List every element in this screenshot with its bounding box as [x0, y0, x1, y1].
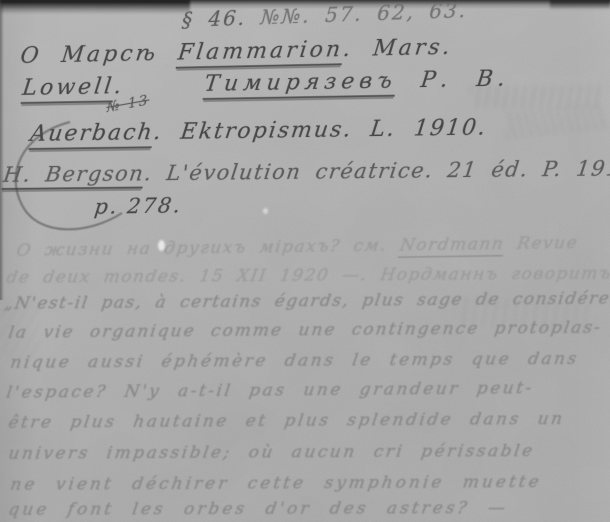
note-line-9: ne vient déchirer cette symphonie muette [9, 472, 543, 495]
entry-auerbach-author: Auerbach [28, 120, 155, 150]
scan-edge-left [0, 0, 4, 300]
entry-lowell: Lowell. [21, 74, 126, 101]
note-line-1-author: Nordmann [398, 234, 505, 258]
entry-mars-author: Flammarion [176, 37, 345, 69]
scan-edge-top-right [550, 0, 610, 10]
note-line-2: de deux mondes. 15 XII 1920 —. Нордманнъ… [5, 264, 610, 288]
note-line-4: la vie organique comme une contingence p… [7, 318, 603, 343]
entry-bergson-author: H. Bergson [1, 162, 145, 191]
entry-name: Тимирязевъ Р. В. [203, 67, 511, 97]
entry-auerbach-title: . Ektropismus. L. 1910. [152, 116, 488, 146]
note-line-3: „N'est-il pas, à certains égards, plus s… [3, 289, 610, 314]
entry-auerbach: Auerbach. Ektropismus. L. 1910. [29, 116, 489, 147]
entry-mars-prefix: О Марсѣ [19, 41, 179, 69]
note-line-1-suffix: Revue [503, 233, 580, 254]
entry-bergson: H. Bergson. L'évolution créatrice. 21 éd… [2, 156, 610, 187]
note-line-5-text: nique aussi éphémère dans le temps que d… [9, 349, 580, 373]
catalog-numbers: №№. 57. 62, 63. [260, 0, 468, 29]
entry-mars-title: . Mars. [342, 35, 454, 62]
note-line-1: О жизни на другихъ мірахъ? см. Nordmann … [15, 233, 579, 261]
entry-lowell-author: Lowell [21, 74, 116, 104]
note-line-1-prefix: О жизни на другихъ мірахъ? см. [15, 236, 401, 261]
note-line-2-text: de deux mondes. 15 XII 1920 —. Нордманнъ… [5, 264, 610, 288]
section-number: § 46. [181, 6, 247, 32]
note-line-3-text: „N'est-il pas, à certains égards, plus s… [3, 289, 610, 314]
note-line-10: que font les orbes d'or des astres? — [7, 498, 510, 520]
note-line-6-text: l'espace? N'y a-t-il pas une grandeur pe… [5, 378, 535, 403]
entry-name-author: Тимирязевъ [203, 69, 399, 100]
note-line-6: l'espace? N'y a-t-il pas une grandeur pe… [5, 378, 535, 403]
entry-lowell-period: . [113, 74, 126, 99]
paper-speck [263, 208, 268, 214]
note-line-7: être plus hautaine et plus splendide dan… [7, 409, 566, 433]
entry-name-initials: Р. В. [395, 67, 511, 94]
note-line-8-text: univers impassible; où aucun cri périssa… [7, 441, 536, 464]
entry-mars: О Марсѣ Flammarion. Mars. [19, 35, 454, 69]
note-line-5: nique aussi éphémère dans le temps que d… [9, 349, 580, 373]
entry-bergson-title: . L'évolution créatrice. 21 éd. P. 1918. [143, 156, 610, 185]
scanned-notebook-page: § 46. №№. 57. 62, 63. О Марсѣ Flammarion… [0, 0, 610, 522]
entry-bergson-page: p. 278. [93, 193, 184, 219]
bleed-through-mark [504, 103, 606, 139]
scan-edge-top-left [0, 0, 190, 14]
note-line-10-text: que font les orbes d'or des astres? — [7, 498, 510, 520]
entry-bergson-page-text: p. 278. [93, 193, 184, 219]
note-line-4-text: la vie organique comme une contingence p… [7, 318, 603, 343]
note-line-9-text: ne vient déchirer cette symphonie muette [9, 472, 543, 495]
note-line-8: univers impassible; où aucun cri périssa… [7, 441, 536, 464]
note-line-7-text: être plus hautaine et plus splendide dan… [7, 409, 566, 433]
